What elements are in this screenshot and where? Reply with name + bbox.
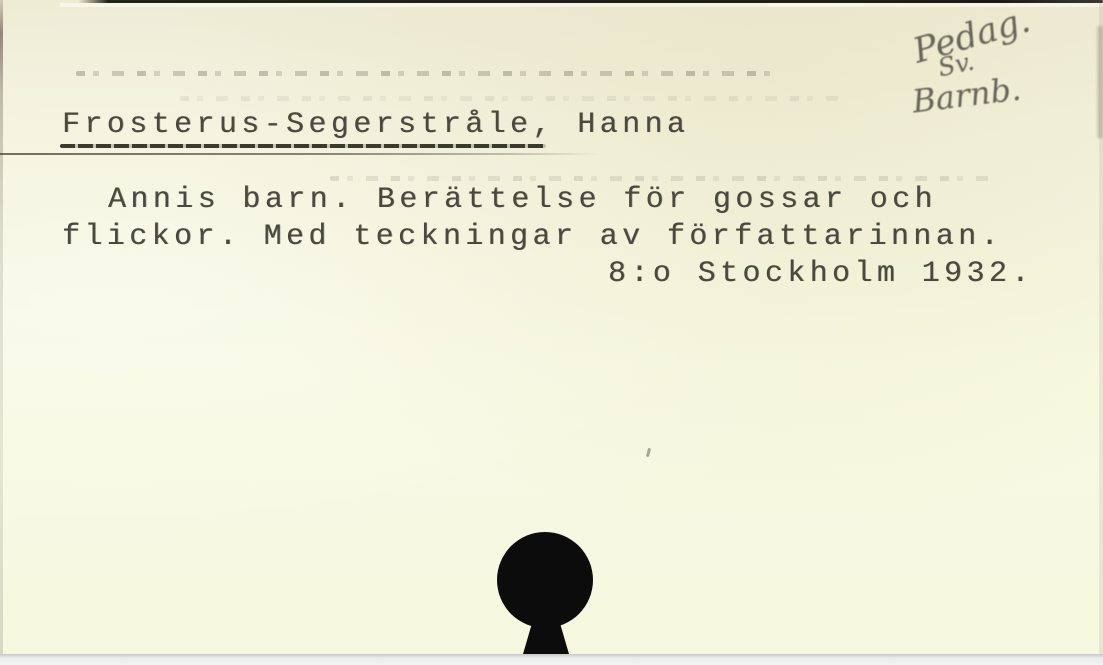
catalog-card: Pedag. Sv. Barnb. Frosterus-Segerstråle,… xyxy=(0,0,1103,665)
scanner-background-strip xyxy=(0,654,1103,665)
card-rule-line xyxy=(0,153,600,155)
title-line-1: Annis barn. Berättelse för gossar och xyxy=(108,183,937,217)
imprint-line: 8:o Stockholm 1932. xyxy=(608,257,1034,291)
card-top-highlight xyxy=(60,3,1103,7)
ink-speck xyxy=(646,448,651,457)
handwritten-classification-line-3: Barnb. xyxy=(910,69,1023,120)
author-name-underlined: Frosterus-Segerstråle xyxy=(62,108,532,142)
card-right-edge-shadow xyxy=(1097,26,1103,138)
author-name-rest: , Hanna xyxy=(532,108,689,142)
ghost-text-artifact xyxy=(180,96,840,101)
card-left-edge xyxy=(0,0,3,665)
rod-hole-icon xyxy=(497,532,593,628)
ghost-text-artifact xyxy=(330,176,995,181)
catalog-card-scan: Pedag. Sv. Barnb. Frosterus-Segerstråle,… xyxy=(0,0,1103,665)
author-heading: Frosterus-Segerstråle, Hanna xyxy=(62,108,689,142)
author-underline xyxy=(60,144,546,148)
title-line-2: flickor. Med teckningar av författarinna… xyxy=(62,220,1003,254)
erased-text-artifact xyxy=(76,71,772,76)
